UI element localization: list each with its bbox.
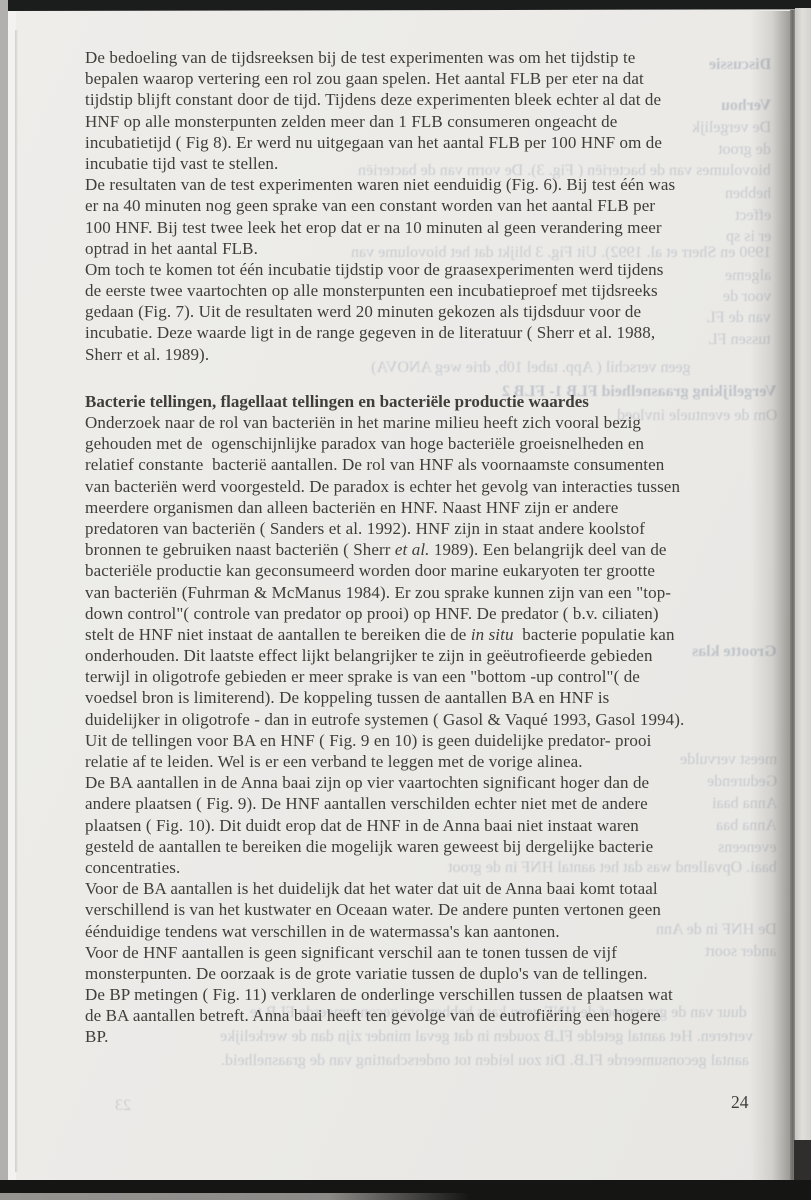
- section-heading: Bacterie tellingen, flagellaat tellingen…: [85, 391, 750, 412]
- text-line: incubatie. Deze waarde ligt in de range …: [85, 322, 750, 343]
- text-line: Voor de BA aantallen is het duidelijk da…: [85, 878, 750, 899]
- text-line: De resultaten van de test experimenten w…: [85, 174, 750, 195]
- page-number: 24: [731, 1092, 749, 1113]
- bleedthrough-text: 23: [115, 1096, 131, 1116]
- text-line: meerdere organismen dan alleen bacteriën…: [85, 497, 750, 518]
- scan-edge-top: [8, 0, 811, 11]
- text-line: voedsel bron is limiterend). De koppelin…: [85, 687, 750, 708]
- text-line: 100 HNF. Bij test twee leek het erop dat…: [85, 217, 750, 238]
- text-line: bepalen waarop vertering een rol zou gaa…: [85, 68, 750, 89]
- text-line: Uit de tellingen voor BA en HNF ( Fig. 9…: [85, 730, 750, 751]
- scanned-page: DiscussieVerhouDe vergelijkde grootbiovo…: [0, 0, 811, 1200]
- text-line: plaatsen ( Fig. 10). Dit duidt erop dat …: [85, 815, 750, 836]
- text-line: incubatietijd ( Fig 8). Er werd nu uitge…: [85, 132, 750, 153]
- text-line: van bacteriën (Fuhrman & McManus 1984). …: [85, 582, 750, 603]
- text-line: De BP metingen ( Fig. 11) verklaren de o…: [85, 984, 750, 1005]
- text-line: De BA aantallen in de Anna baai zijn op …: [85, 772, 750, 793]
- paragraph: De bedoeling van de tijdsreeksen bij de …: [85, 47, 750, 174]
- text-line: incubatie tijd vast te stellen.: [85, 153, 750, 174]
- text-line: Bacterie tellingen, flagellaat tellingen…: [85, 391, 750, 412]
- text-line: Onderzoek naar de rol van bacteriën in h…: [85, 412, 750, 433]
- scan-edge-bottom-gray: [0, 1193, 470, 1200]
- text-line: gehouden met de ogenschijnlijke paradox …: [85, 433, 750, 454]
- scan-edge-left: [0, 0, 8, 1200]
- text-line: gesteld de aantallen te bereiken die mog…: [85, 836, 750, 857]
- text-line: van bacteriën werd voorgesteld. De parad…: [85, 476, 750, 497]
- text-line: tijdstip blijft constant door de tijd. T…: [85, 89, 750, 110]
- text-line: monsterpunten. De oorzaak is de grote va…: [85, 963, 750, 984]
- text-line: HNF op alle monsterpunten zelden meer da…: [85, 111, 750, 132]
- text-line: BP.: [85, 1026, 750, 1047]
- text-line: Voor de HNF aantallen is geen significan…: [85, 942, 750, 963]
- text-column: De bedoeling van de tijdsreeksen bij de …: [85, 47, 750, 1048]
- text-line: Sherr et al. 1989).: [85, 344, 750, 365]
- paragraph: Onderzoek naar de rol van bacteriën in h…: [85, 412, 750, 772]
- text-line: optrad in het aantal FLB.: [85, 238, 750, 259]
- text-line: Om toch te komen tot één incubatie tijds…: [85, 259, 750, 280]
- text-line: éénduidige tendens wat verschillen in de…: [85, 921, 750, 942]
- page-crease: [15, 30, 18, 1172]
- paragraph: De resultaten van de test experimenten w…: [85, 174, 750, 259]
- text-line: stelt de HNF niet instaat de aantallen t…: [85, 624, 750, 645]
- text-line: de BA aantallen betreft. Anna baai heeft…: [85, 1005, 750, 1026]
- text-line: De bedoeling van de tijdsreeksen bij de …: [85, 47, 750, 68]
- paragraph: Voor de HNF aantallen is geen significan…: [85, 942, 750, 984]
- text-line: verschillend is van het kustwater en Oce…: [85, 899, 750, 920]
- text-line: de eerste twee vaartochten op alle monst…: [85, 280, 750, 301]
- paragraph: Om toch te komen tot één incubatie tijds…: [85, 259, 750, 365]
- next-page-edge: [795, 8, 811, 1182]
- paragraph: De BP metingen ( Fig. 11) verklaren de o…: [85, 984, 750, 1048]
- paragraph: Voor de BA aantallen is het duidelijk da…: [85, 878, 750, 942]
- text-line: gedaan (Fig. 7). Uit de resultaten werd …: [85, 301, 750, 322]
- paragraph: De BA aantallen in de Anna baai zijn op …: [85, 772, 750, 878]
- text-line: down control"( controle van predator op …: [85, 603, 750, 624]
- text-line: predatoren van bacteriën ( Sanders et al…: [85, 518, 750, 539]
- text-line: relatie af te leiden. Wel is er een verb…: [85, 751, 750, 772]
- text-line: bacteriële productie kan geconsumeerd wo…: [85, 560, 750, 581]
- bleedthrough-text: aantal geconsumeerde FLB. Dit zou leiden…: [221, 1051, 749, 1071]
- text-line: relatief constante bacterië aantallen. D…: [85, 454, 750, 475]
- text-line: concentraties.: [85, 857, 750, 878]
- text-line: er na 40 minuten nog geen sprake van een…: [85, 195, 750, 216]
- text-line: terwijl in oligotrofe gebieden er meer s…: [85, 666, 750, 687]
- text-line: duidelijker in oligotrofe - dan in eutro…: [85, 709, 750, 730]
- text-line: bronnen te gebruiken naast bacteriën ( S…: [85, 539, 750, 560]
- text-line: andere plaatsen ( Fig. 9). De HNF aantal…: [85, 793, 750, 814]
- text-line: onderhouden. Dit laatste effect lijkt be…: [85, 645, 750, 666]
